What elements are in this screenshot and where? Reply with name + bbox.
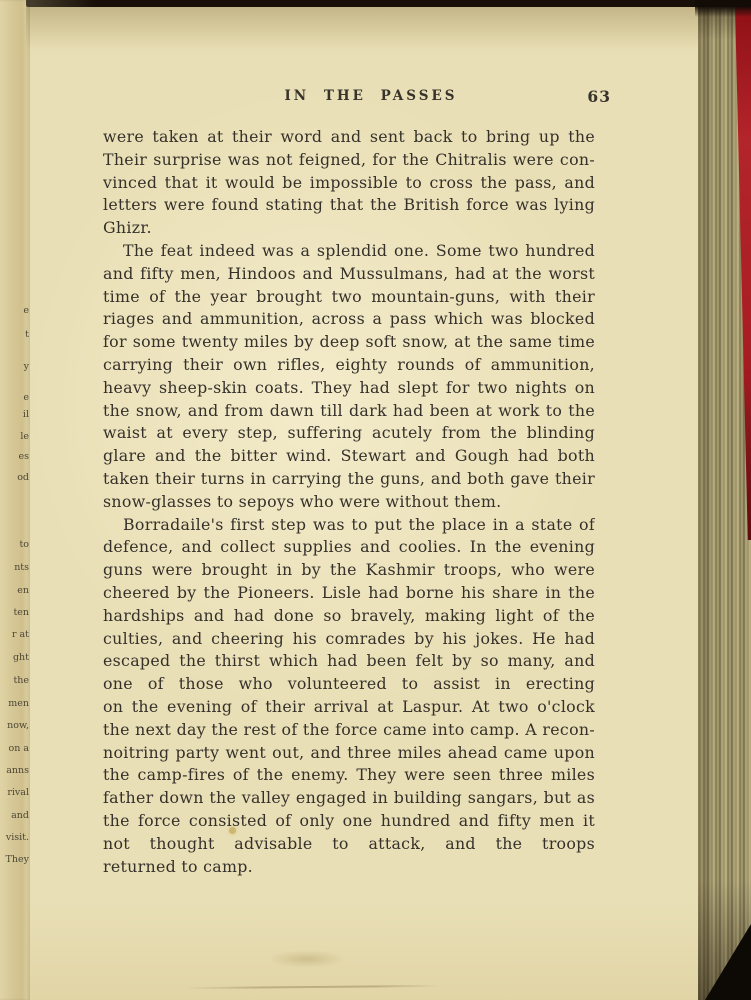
edge-text-fragment: visit. — [6, 833, 29, 843]
text-line: waist at every step, suffering acutely f… — [103, 422, 595, 445]
edge-text-fragment: il — [23, 410, 29, 420]
edge-text-fragment: e — [23, 393, 29, 403]
edge-text-fragment: now, — [7, 721, 29, 731]
edge-text-fragment: ght — [13, 653, 29, 663]
edge-text-fragment: to — [19, 540, 29, 550]
edge-text-fragment: anns — [6, 766, 29, 776]
edge-text-fragment: od — [17, 473, 29, 483]
text-line: the force consisted of only one hundred … — [103, 810, 595, 833]
text-line: on the evening of their arrival at Laspu… — [103, 696, 595, 719]
edge-text-fragment: y — [24, 362, 29, 372]
previous-page-edge: etyeilleesodtontsentenr atghtthemennow,o… — [0, 0, 30, 1000]
text-line: one of those who volunteered to assist i… — [103, 673, 595, 696]
edge-text-fragment: rival — [7, 788, 29, 798]
book-scan: etyeilleesodtontsentenr atghtthemennow,o… — [0, 0, 751, 1000]
text-line: not thought advisable to attack, and the… — [103, 833, 595, 856]
top-shadow — [26, 0, 751, 7]
text-line: the camp-fires of the enemy. They were s… — [103, 764, 595, 787]
text-line: the snow, and from dawn till dark had be… — [103, 400, 595, 423]
edge-text-fragment: ten — [13, 608, 29, 618]
text-line: cheered by the Pioneers. Lisle had borne… — [103, 582, 595, 605]
page-number: 63 — [587, 87, 611, 106]
running-head: IN THE PASSES 63 — [103, 88, 595, 108]
text-line: vinced that it would be impossible to cr… — [103, 172, 595, 195]
top-right-shadow — [695, 0, 751, 17]
edge-text-fragment: men — [8, 699, 29, 709]
text-line: father down the valley engaged in buildi… — [103, 787, 595, 810]
edge-text-fragment: nts — [14, 563, 29, 573]
text-line: letters were found stating that the Brit… — [103, 194, 595, 217]
text-line: Ghizr. — [103, 217, 595, 240]
edge-text-fragment: and — [11, 811, 29, 821]
edge-text-fragment: t — [25, 330, 29, 340]
book-page: etyeilleesodtontsentenr atghtthemennow,o… — [0, 0, 698, 1000]
edge-text-fragment: the — [13, 676, 29, 686]
text-line: riages and ammunition, across a pass whi… — [103, 308, 595, 331]
text-line: time of the year brought two mountain-gu… — [103, 286, 595, 309]
text-line: the next day the rest of the force came … — [103, 719, 595, 742]
text-line: hardships and had done so bravely, makin… — [103, 605, 595, 628]
chapter-title: IN THE PASSES — [125, 88, 617, 104]
body-text: were taken at their word and sent back t… — [103, 126, 595, 878]
page-stain — [229, 827, 236, 834]
text-line: escaped the thirst which had been felt b… — [103, 650, 595, 673]
edge-text-fragment: r at — [12, 630, 29, 640]
text-line: for some twenty miles by deep soft snow,… — [103, 331, 595, 354]
edge-text-fragment: They — [6, 855, 29, 865]
edge-text-fragment: le — [20, 432, 29, 442]
text-line: Their surprise was not feigned, for the … — [103, 149, 595, 172]
text-line: and fifty men, Hindoos and Mussulmans, h… — [103, 263, 595, 286]
text-line: defence, and collect supplies and coolie… — [103, 536, 595, 559]
text-line: culties, and cheering his comrades by hi… — [103, 628, 595, 651]
text-line: were taken at their word and sent back t… — [103, 126, 595, 149]
text-line: returned to camp. — [103, 856, 595, 879]
top-page-shading — [26, 7, 698, 49]
text-line: carrying their own rifles, eighty rounds… — [103, 354, 595, 377]
page-curl-shadow — [185, 985, 440, 989]
text-line: Borradaile's first step was to put the p… — [103, 514, 595, 537]
text-line: snow-glasses to sepoys who were without … — [103, 491, 595, 514]
edge-text-fragment: on a — [8, 744, 29, 754]
text-line: taken their turns in carrying the guns, … — [103, 468, 595, 491]
edge-text-fragment: en — [17, 586, 29, 596]
text-line: glare and the bitter wind. Stewart and G… — [103, 445, 595, 468]
edge-text-fragment: e — [23, 306, 29, 316]
edge-text-fragment: es — [19, 452, 30, 462]
text-line: The feat indeed was a splendid one. Some… — [103, 240, 595, 263]
page-stain — [268, 950, 346, 968]
text-line: heavy sheep-skin coats. They had slept f… — [103, 377, 595, 400]
text-line: noitring party went out, and three miles… — [103, 742, 595, 765]
text-line: guns were brought in by the Kashmir troo… — [103, 559, 595, 582]
